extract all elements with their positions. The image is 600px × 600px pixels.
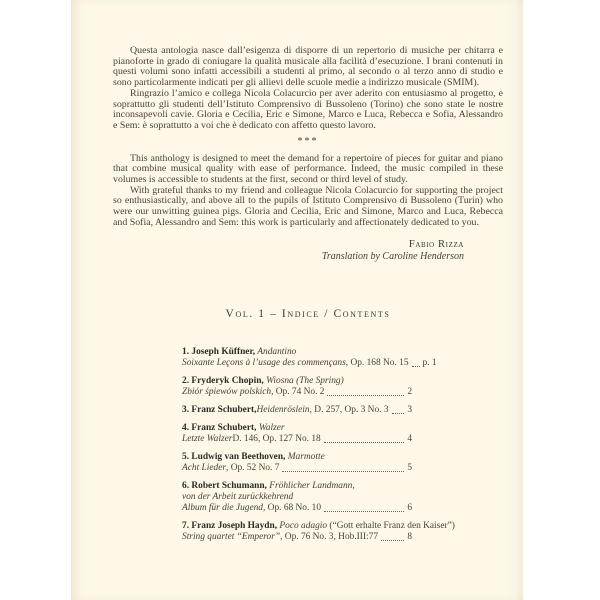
toc-entry-title-line: 1. Joseph Küffner, Andantino: [182, 347, 412, 358]
entry-title: Andantino: [255, 347, 296, 357]
toc-entry-4: 4. Franz Schubert, Walzer Letzte Walzer …: [182, 423, 412, 445]
entry-work: Album für die Jugend: [182, 503, 263, 514]
entry-number-composer: 7. Franz Joseph Haydn,: [182, 521, 277, 531]
entry-title-roman: (“Gott erhalte Franz den Kaiser”): [327, 521, 455, 531]
entry-title: Marmotte: [285, 452, 324, 462]
entry-work: Zbiór śpiewów polskich: [182, 387, 271, 398]
page-number: 3: [407, 405, 412, 416]
page-number: 4: [407, 434, 412, 445]
entry-number-composer: 1. Joseph Küffner,: [182, 347, 255, 357]
entry-number-composer: 5. Ludwig van Beethoven,: [182, 452, 285, 462]
dotted-leader: [392, 413, 405, 414]
toc-entry-detail-line: String quartet “Emperor”, Op. 76 No. 3, …: [182, 532, 412, 543]
toc-entry-1: 1. Joseph Küffner, Andantino Soixante Le…: [182, 347, 412, 369]
dotted-leader: [381, 540, 404, 541]
entry-opus: , Op. 68 No. 10: [263, 503, 321, 514]
dotted-leader: [324, 442, 405, 443]
preface-paragraph-english-2: With grateful thanks to my friend and co…: [113, 186, 503, 229]
entry-number-composer: 6. Robert Schumann,: [182, 481, 267, 491]
toc-entry-title-line: 4. Franz Schubert, Walzer: [182, 423, 412, 434]
toc-entry-detail-line: Album für die Jugend, Op. 68 No. 106: [182, 503, 412, 514]
translation-credit: Translation by Caroline Henderson: [113, 251, 464, 263]
contents-heading: Vol. 1 – Indice / Contents: [113, 307, 503, 321]
entry-opus: , Op. 76 No. 3, Hob.III:77: [280, 532, 378, 543]
entry-opus: D. 146, Op. 127 No. 18: [232, 434, 320, 445]
asterisk-separator: ***: [113, 137, 503, 147]
toc-entry-title-continuation: von der Arbeit zurückkehrend: [182, 492, 412, 503]
preface-paragraph-italian-2: Ringrazio l’amico e collega Nicola Colac…: [113, 89, 503, 132]
toc-entry-detail-line: Soixante Leçons à l’usage des commençans…: [182, 358, 412, 369]
entry-title: Heidenröslein: [256, 405, 309, 416]
page-number: 5: [407, 463, 412, 474]
page-number: 8: [407, 532, 412, 543]
author-signature: Fabio Rizza: [113, 238, 464, 251]
entry-work: String quartet “Emperor”: [182, 532, 280, 543]
page-number: p. 1: [423, 358, 437, 369]
entry-title: Walzer: [256, 423, 284, 433]
entry-number-composer: 2. Fryderyk Chopin,: [182, 376, 264, 386]
toc-entry-title-line: 5. Ludwig van Beethoven, Marmotte: [182, 452, 412, 463]
toc-entry-2: 2. Fryderyk Chopin, Wiosna (The Spring) …: [182, 376, 412, 398]
toc-entry-detail-line: Acht Lieder, Op. 52 No. 75: [182, 463, 412, 474]
entry-number-composer: 4. Franz Schubert,: [182, 423, 256, 433]
toc-entry-title-line: 7. Franz Joseph Haydn, Poco adagio (“Got…: [182, 521, 412, 532]
entry-title: Poco adagio: [277, 521, 327, 531]
toc-entry-title-line: 2. Fryderyk Chopin, Wiosna (The Spring): [182, 376, 412, 387]
entry-title-continued: von der Arbeit zurückkehrend: [182, 492, 293, 502]
dotted-leader: [282, 471, 404, 472]
entry-opus: , Op. 168 No. 15: [346, 358, 409, 369]
entry-work: Acht Lieder: [182, 463, 226, 474]
entry-title: Wiosna (The Spring): [264, 376, 344, 386]
toc-entry-5: 5. Ludwig van Beethoven, Marmotte Acht L…: [182, 452, 412, 474]
toc-entry-title-line: 6. Robert Schumann, Fröhlicher Landmann,: [182, 481, 412, 492]
entry-title: Fröhlicher Landmann,: [267, 481, 355, 491]
toc-entry-7: 7. Franz Joseph Haydn, Poco adagio (“Got…: [182, 521, 412, 543]
toc-entry-6: 6. Robert Schumann, Fröhlicher Landmann,…: [182, 481, 412, 514]
toc-entry-detail-line: Zbiór śpiewów polskich, Op. 74 No. 22: [182, 387, 412, 398]
page-number: 2: [407, 387, 412, 398]
dotted-leader: [412, 366, 420, 367]
entry-work: Soixante Leçons à l’usage des commençans: [182, 358, 346, 369]
entry-work: Letzte Walzer: [182, 434, 232, 445]
entry-opus: , D. 257, Op. 3 No. 3: [310, 405, 389, 416]
dotted-leader: [324, 511, 404, 512]
preface-paragraph-italian-1: Questa antologia nasce dall’esigenza di …: [113, 46, 503, 89]
toc-entry-3: 3. Franz Schubert, Heidenröslein, D. 257…: [182, 405, 412, 416]
toc-entry-title-line: 3. Franz Schubert, Heidenröslein, D. 257…: [182, 405, 412, 416]
page-content: Questa antologia nasce dall’esigenza di …: [71, 0, 523, 321]
toc-entry-detail-line: Letzte Walzer D. 146, Op. 127 No. 184: [182, 434, 412, 445]
entry-opus: , Op. 74 No. 2: [271, 387, 324, 398]
entry-number-composer: 3. Franz Schubert,: [182, 405, 256, 416]
page-number: 6: [407, 503, 412, 514]
preface-paragraph-english-1: This anthology is designed to meet the d…: [113, 154, 503, 186]
dotted-leader: [327, 395, 404, 396]
table-of-contents: 1. Joseph Küffner, Andantino Soixante Le…: [182, 347, 412, 543]
entry-opus: , Op. 52 No. 7: [226, 463, 279, 474]
signature-block: Fabio Rizza Translation by Caroline Hend…: [113, 238, 503, 263]
book-page: Questa antologia nasce dall’esigenza di …: [71, 0, 523, 600]
